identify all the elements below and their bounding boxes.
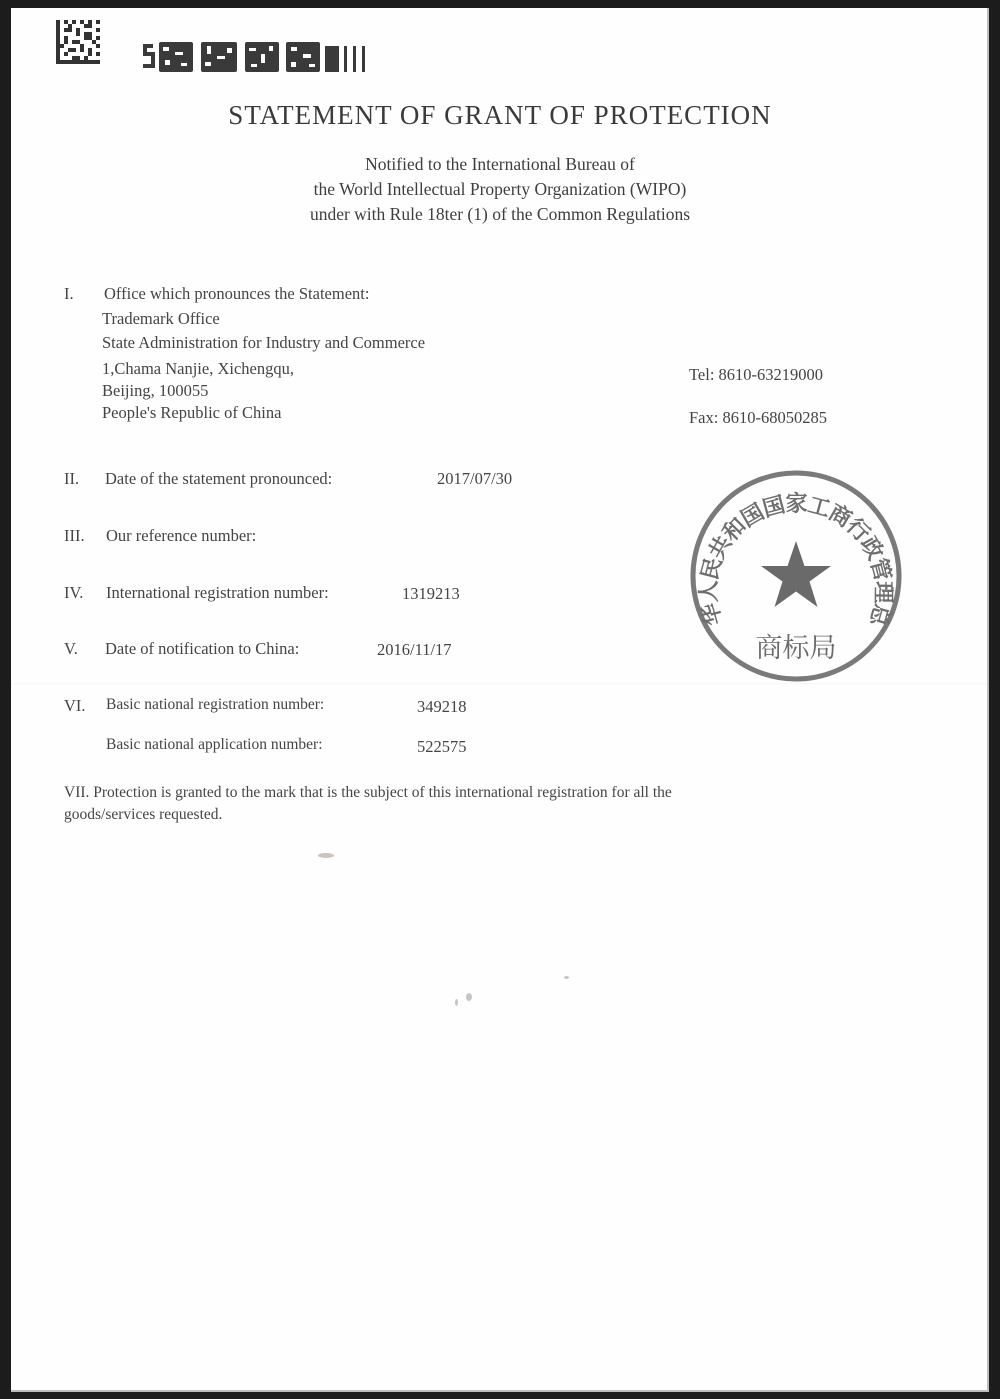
office-name: Trademark Office — [102, 309, 220, 329]
office-country: People's Republic of China — [102, 403, 281, 423]
office-city: Beijing, 100055 — [102, 381, 208, 401]
scan-speck — [318, 853, 334, 858]
section-vi-numeral: VI. — [64, 696, 86, 716]
international-registration-label: International registration number: — [106, 583, 329, 603]
basic-registration-label: Basic national registration number: — [106, 696, 324, 714]
document-title: STATEMENT OF GRANT OF PROTECTION — [11, 100, 989, 131]
statement-date-label: Date of the statement pronounced: — [105, 469, 332, 489]
section-ii-numeral: II. — [64, 469, 79, 489]
seal-ring-text: 中华人民共和国国家工商行政管理总局 — [689, 469, 896, 630]
basic-application-label: Basic national application number: — [106, 736, 323, 754]
reference-number-label: Our reference number: — [106, 526, 256, 546]
scan-speck — [455, 999, 458, 1006]
office-administration: State Administration for Industry and Co… — [102, 333, 425, 353]
international-registration-value: 1319213 — [402, 584, 460, 604]
basic-registration-value: 349218 — [417, 697, 467, 717]
section-i-numeral: I. — [64, 284, 74, 304]
notification-date-value: 2016/11/17 — [377, 640, 452, 660]
subtitle-line-1: Notified to the International Bureau of — [11, 154, 989, 175]
scan-speck — [564, 976, 569, 979]
statement-date-value: 2017/07/30 — [437, 469, 512, 489]
notification-date-label: Date of notification to China: — [105, 639, 299, 659]
office-tel: Tel: 8610-63219000 — [689, 365, 823, 385]
redacted-barcode-icon — [141, 38, 381, 74]
subtitle-line-2: the World Intellectual Property Organiza… — [11, 179, 989, 200]
official-seal-stamp: 中华人民共和国国家工商行政管理总局 商标局 — [689, 469, 903, 683]
subtitle-line-3: under with Rule 18ter (1) of the Common … — [11, 204, 989, 225]
svg-text:中华人民共和国国家工商行政管理总局: 中华人民共和国国家工商行政管理总局 — [689, 469, 896, 630]
document-page: STATEMENT OF GRANT OF PROTECTION Notifie… — [11, 8, 989, 1392]
paper-fold-line — [11, 683, 989, 685]
seal-center-text: 商标局 — [756, 633, 837, 664]
office-street: 1,Chama Nanjie, Xichengqu, — [102, 359, 294, 379]
section-v-numeral: V. — [64, 639, 78, 659]
section-i-label: Office which pronounces the Statement: — [104, 284, 369, 304]
section-iv-numeral: IV. — [64, 583, 83, 603]
scan-speck — [466, 993, 472, 1001]
protection-statement-line-1: VII. Protection is granted to the mark t… — [64, 784, 672, 802]
datamatrix-code-icon — [56, 20, 100, 64]
section-iii-numeral: III. — [64, 526, 85, 546]
basic-application-value: 522575 — [417, 737, 467, 757]
star-icon — [761, 541, 831, 607]
protection-statement-line-2: goods/services requested. — [64, 806, 222, 824]
office-fax: Fax: 8610-68050285 — [689, 408, 827, 428]
